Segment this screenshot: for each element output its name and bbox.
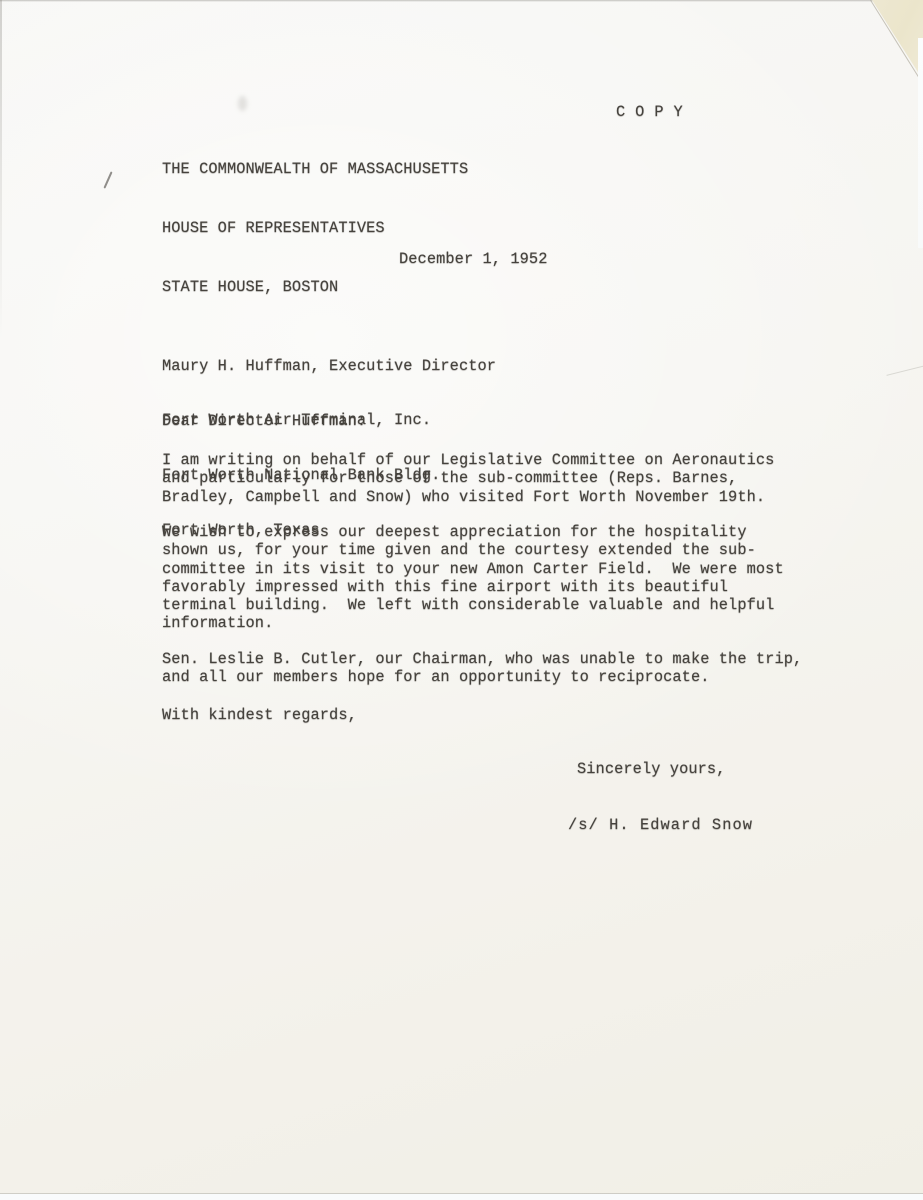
salutation: Dear Director Huffman: [162, 412, 366, 430]
letterhead-line-3: STATE HOUSE, BOSTON [162, 278, 468, 298]
letterhead: THE COMMONWEALTH OF MASSACHUSETTS HOUSE … [162, 121, 468, 337]
recipient-line-1: Maury H. Huffman, Executive Director [162, 357, 496, 375]
scanned-letter-page: C O P Y THE COMMONWEALTH OF MASSACHUSETT… [0, 0, 923, 1200]
letter-body: C O P Y THE COMMONWEALTH OF MASSACHUSETT… [0, 0, 923, 1200]
signature-line: /s/ H. Edward Snow [568, 816, 753, 834]
body-paragraph-1: I am writing on behalf of our Legislativ… [162, 451, 774, 506]
closing-line: With kindest regards, [162, 706, 357, 724]
body-paragraph-2: We wish to express our deepest appreciat… [162, 523, 784, 633]
valediction: Sincerely yours, [577, 760, 725, 778]
letterhead-line-2: HOUSE OF REPRESENTATIVES [162, 219, 468, 239]
copy-label: C O P Y [616, 103, 683, 121]
letterhead-line-1: THE COMMONWEALTH OF MASSACHUSETTS [162, 160, 468, 180]
body-paragraph-3: Sen. Leslie B. Cutler, our Chairman, who… [162, 650, 802, 687]
date-line: December 1, 1952 [399, 250, 547, 268]
